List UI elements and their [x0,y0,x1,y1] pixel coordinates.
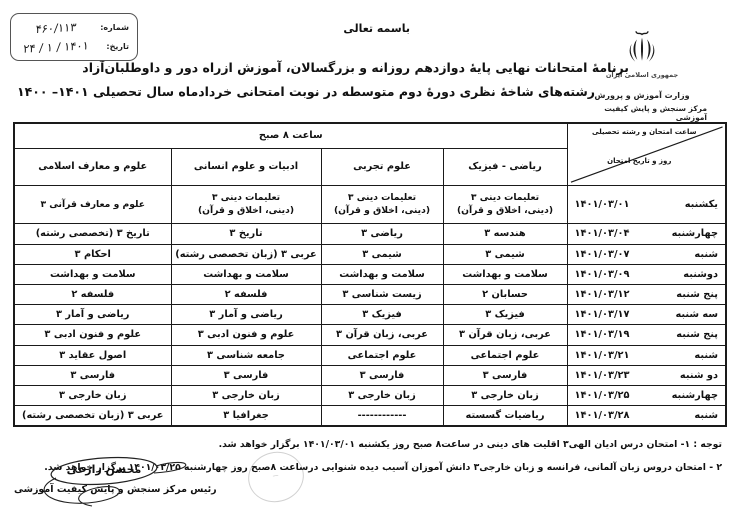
exam-schedule-document: جمهوری اسلامی ایران وزارت آموزش و پرورش … [0,0,735,523]
table-row: شنبه ۱۴۰۱/۰۳/۰۷ شیمی ۳ شیمی ۳ عربی ۳ (زب… [14,244,726,264]
day-name: پنج شنبه [676,328,718,341]
subject-cell: زبان خارجی ۳ [14,385,171,405]
day-date-cell: یکشنبه ۱۴۰۱/۰۳/۰۱ [567,186,726,224]
corner-label-bottom: روز و تاریخ امتحان [572,157,708,166]
exam-date: ۱۴۰۱/۰۳/۱۲ [575,288,630,301]
subject-cell: تعلیمات دینی ۳ (دینی، اخلاق و قرآن) [443,186,567,224]
subject-cell: فارسی ۳ [443,365,567,385]
subject-cell: تاریخ ۳ [171,224,321,244]
day-name: پنج شنبه [676,288,718,301]
exam-date: ۱۴۰۱/۰۳/۲۱ [575,349,630,362]
day-date-cell: دو شنبه ۱۴۰۱/۰۳/۲۳ [567,365,726,385]
day-date-cell: شنبه ۱۴۰۱/۰۳/۰۷ [567,244,726,264]
subject-cell: سلامت و بهداشت [321,264,443,284]
subject-cell: تاریخ ۳ (تخصصی رشته) [14,224,171,244]
date-label: تاریخ: [99,42,129,51]
table-row: شنبه ۱۴۰۱/۰۳/۲۸ ریاضیات گسسته ----------… [14,406,726,426]
subject-cell: فارسی ۳ [321,365,443,385]
subject-cell: علوم اجتماعی [443,345,567,365]
day-date-cell: سه شنبه ۱۴۰۱/۰۳/۱۷ [567,305,726,325]
day-date-cell: چهارشنبه ۱۴۰۱/۰۳/۰۴ [567,224,726,244]
subject-cell: فارسی ۳ [171,365,321,385]
subject-cell: زبان خارجی ۳ [171,385,321,405]
letterhead-block: جمهوری اسلامی ایران وزارت آموزش و پرورش … [577,28,707,122]
subject-cell: علوم و معارف قرآنی ۳ [14,186,171,224]
table-row: سه شنبه ۱۴۰۱/۰۳/۱۷ فیزیک ۳ فیزیک ۳ ریاضی… [14,305,726,325]
subject-cell: علوم و فنون ادبی ۳ [14,325,171,345]
day-name: چهارشنبه [672,389,718,402]
subject-cell: فارسی ۳ [14,365,171,385]
subject-cell: ریاضی و آمار ۳ [14,305,171,325]
subject-cell: حسابان ۲ [443,285,567,305]
exam-date: ۱۴۰۱/۰۳/۱۷ [575,308,630,321]
subject-cell: علوم و فنون ادبی ۳ [171,325,321,345]
subject-cell: سلامت و بهداشت [171,264,321,284]
signature-name: محسن زارعی [62,463,146,476]
subject-cell: عربی ۳ (زبان تخصصی رشته) [171,244,321,264]
time-header: ساعت ۸ صبح [14,123,567,148]
subject-cell: سلامت و بهداشت [443,264,567,284]
day-name: چهارشنبه [672,227,718,240]
subject-cell: فیزیک ۳ [321,305,443,325]
day-name: شنبه [694,409,718,422]
day-date-cell: شنبه ۱۴۰۱/۰۳/۲۱ [567,345,726,365]
ref-number-row: شماره: ۴۶۰/۱۱۳ [19,21,129,35]
exam-date: ۱۴۰۱/۰۳/۰۷ [575,248,630,261]
bismillah-text: باسمه تعالی [343,22,410,35]
corner-label-top: ساعت امتحان و رشته تحصیلی [572,128,718,137]
table-row: چهارشنبه ۱۴۰۱/۰۳/۰۴ هندسه ۳ ریاضی ۳ تاری… [14,224,726,244]
day-name: شنبه [694,349,718,362]
exam-date: ۱۴۰۱/۰۳/۲۸ [575,409,630,422]
subject-cell: فیزیک ۳ [443,305,567,325]
faint-stamp-mark: ـــ [243,446,309,508]
table-row: دوشنبه ۱۴۰۱/۰۳/۰۹ سلامت و بهداشت سلامت و… [14,264,726,284]
day-name: دو شنبه [680,369,718,382]
subject-cell: هندسه ۳ [443,224,567,244]
org-ministry: وزارت آموزش و پرورش [594,91,689,100]
subject-cell: زیست شناسی ۳ [321,285,443,305]
table-row: پنج شنبه ۱۴۰۱/۰۳/۱۲ حسابان ۲ زیست شناسی … [14,285,726,305]
document-title-line2: رشته‌های شاخهٔ نظری دورهٔ دوم متوسطه در … [17,84,595,99]
document-title-line1: برنامهٔ امتحانات نهایی پایهٔ دوازدهم روز… [82,60,629,75]
date-value-handwritten: ۱۴۰۱ / ۱ / ۲۴ [18,38,93,56]
subject-cell: جامعه شناسی ۳ [171,345,321,365]
day-name: دوشنبه [683,268,718,281]
table-row: یکشنبه ۱۴۰۱/۰۳/۰۱ تعلیمات دینی ۳ (دینی، … [14,186,726,224]
day-name: سه شنبه [675,308,718,321]
day-date-cell: پنج شنبه ۱۴۰۱/۰۳/۱۲ [567,285,726,305]
table-row: دو شنبه ۱۴۰۱/۰۳/۲۳ فارسی ۳ فارسی ۳ فارسی… [14,365,726,385]
subject-cell: ------------ [321,406,443,426]
org-center: مرکز سنجش و پایش کیفیت آموزشی [577,104,707,122]
exam-date: ۱۴۰۱/۰۳/۱۹ [575,328,630,341]
day-date-cell: چهارشنبه ۱۴۰۱/۰۳/۲۵ [567,385,726,405]
table-row: شنبه ۱۴۰۱/۰۳/۲۱ علوم اجتماعی علوم اجتماع… [14,345,726,365]
subject-cell: ریاضی ۳ [321,224,443,244]
subject-cell: ریاضی و آمار ۳ [171,305,321,325]
ref-date-row: تاریخ: ۱۴۰۱ / ۱ / ۲۴ [19,40,129,54]
exam-date: ۱۴۰۱/۰۳/۲۳ [575,369,630,382]
day-name: یکشنبه [685,198,718,211]
subject-cell: اصول عقاید ۳ [14,345,171,365]
exam-date: ۱۴۰۱/۰۳/۰۱ [575,198,630,211]
exam-schedule-table: ساعت امتحان و رشته تحصیلی روز و تاریخ ام… [13,122,727,427]
subject-cell: تعلیمات دینی ۳ (دینی، اخلاق و قرآن) [321,186,443,224]
number-value-handwritten: ۴۶۰/۱۱۳ [18,19,93,37]
column-header-humanities: ادبیات و علوم انسانی [171,148,321,185]
iran-emblem-icon [625,28,659,68]
table-row: چهارشنبه ۱۴۰۱/۰۳/۲۵ زبان خارجی ۳ زبان خا… [14,385,726,405]
day-date-cell: شنبه ۱۴۰۱/۰۳/۲۸ [567,406,726,426]
subject-cell: زبان خارجی ۳ [321,385,443,405]
subject-cell: زبان خارجی ۳ [443,385,567,405]
exam-date: ۱۴۰۱/۰۳/۲۵ [575,389,630,402]
subject-cell: علوم اجتماعی [321,345,443,365]
subject-cell: سلامت و بهداشت [14,264,171,284]
day-date-cell: پنج شنبه ۱۴۰۱/۰۳/۱۹ [567,325,726,345]
subject-cell: تعلیمات دینی ۳ (دینی، اخلاق و قرآن) [171,186,321,224]
exam-date: ۱۴۰۱/۰۳/۰۹ [575,268,630,281]
ref-number-box: شماره: ۴۶۰/۱۱۳ تاریخ: ۱۴۰۱ / ۱ / ۲۴ [10,13,138,61]
signature-role: رئیس مرکز سنجش و پایش کیفیت آموزشی [14,484,217,495]
day-name: شنبه [694,248,718,261]
subject-cell: ریاضیات گسسته [443,406,567,426]
subject-cell: احکام ۳ [14,244,171,264]
exam-date: ۱۴۰۱/۰۳/۰۴ [575,227,630,240]
subject-cell: جغرافیا ۳ [171,406,321,426]
table-row: پنج شنبه ۱۴۰۱/۰۳/۱۹ عربی، زبان قرآن ۳ عر… [14,325,726,345]
column-header-experimental: علوم تجربی [321,148,443,185]
subject-cell: فلسفه ۲ [171,285,321,305]
faint-stamp-text: ـــ [256,468,295,480]
number-label: شماره: [99,23,129,32]
subject-cell: شیمی ۳ [443,244,567,264]
subject-cell: شیمی ۳ [321,244,443,264]
subject-cell: عربی، زبان قرآن ۳ [443,325,567,345]
column-header-math: ریاضی - فیزیک [443,148,567,185]
footnote-1: توجه : ۱- امتحان درس ادیان الهی۳ اقلیت ه… [219,439,722,450]
table-corner-cell: ساعت امتحان و رشته تحصیلی روز و تاریخ ام… [567,123,726,186]
subject-cell: فلسفه ۲ [14,285,171,305]
subject-cell: عربی، زبان قرآن ۳ [321,325,443,345]
subject-cell: عربی ۳ (زبان تخصصی رشته) [14,406,171,426]
column-header-islamic: علوم و معارف اسلامی [14,148,171,185]
day-date-cell: دوشنبه ۱۴۰۱/۰۳/۰۹ [567,264,726,284]
